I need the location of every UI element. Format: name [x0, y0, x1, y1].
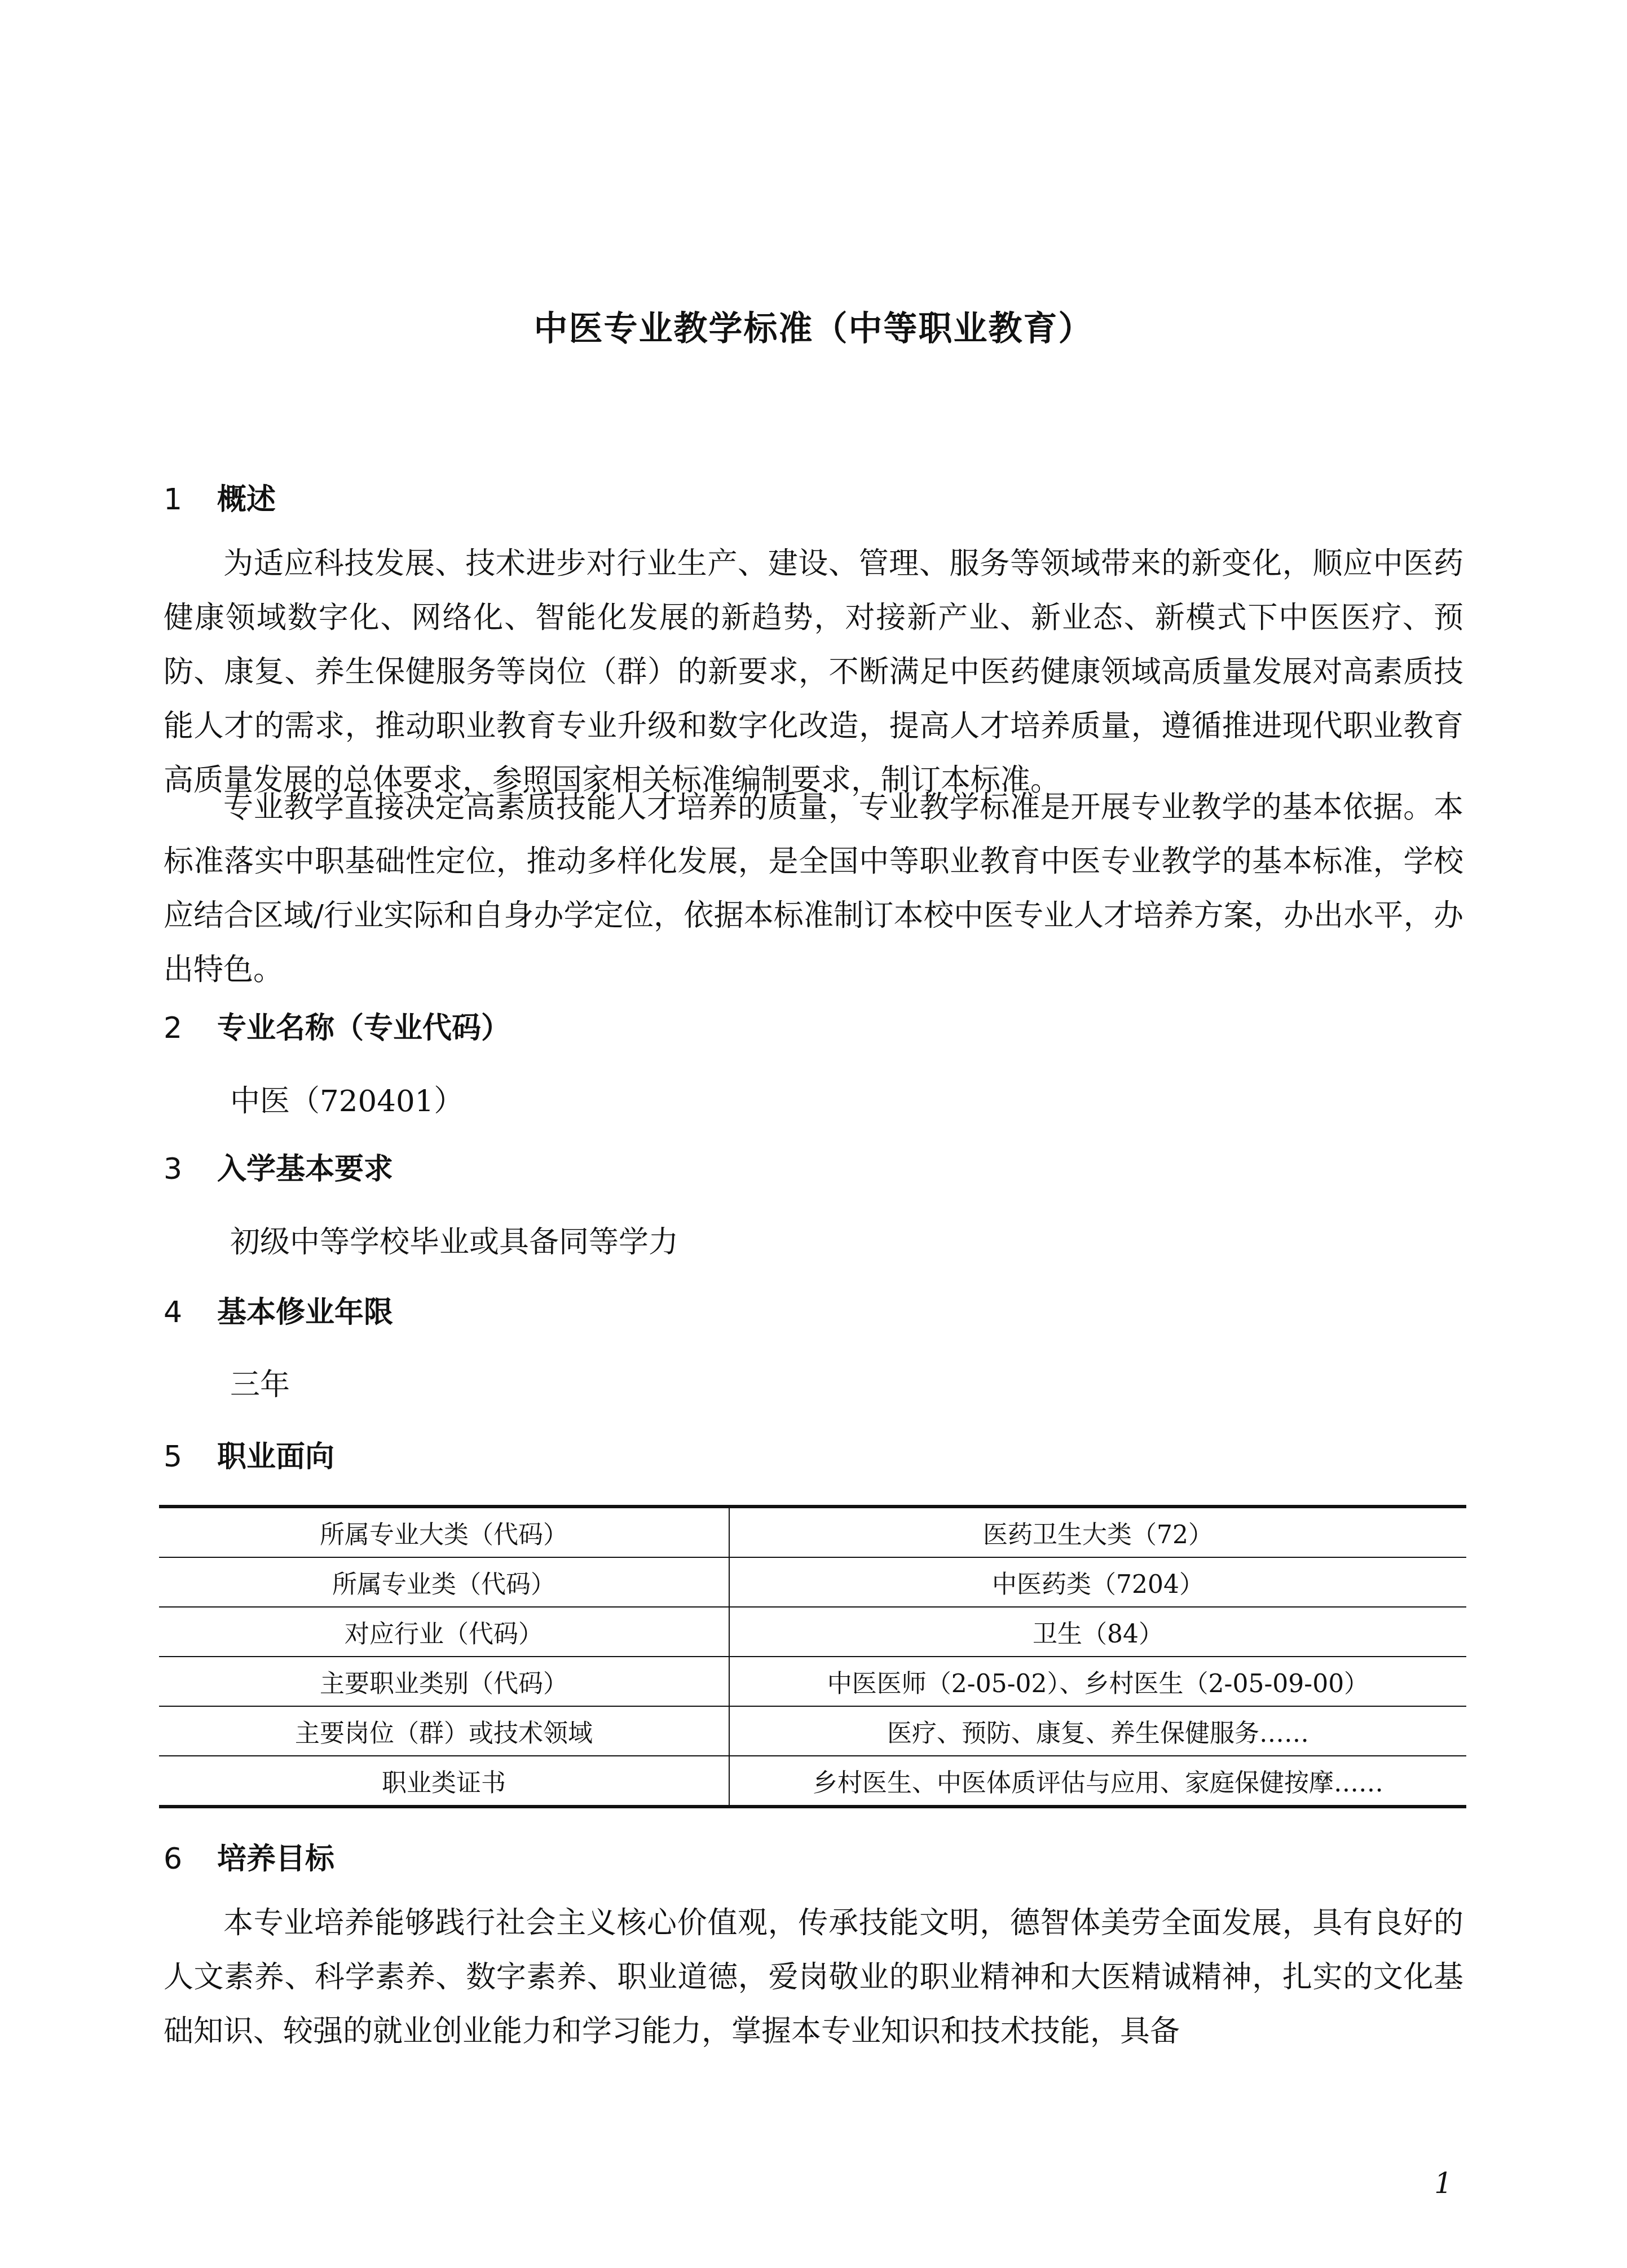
table-key-cell: 主要职业类别（代码）: [159, 1657, 729, 1706]
paragraph: 专业教学直接决定高素质技能人才培养的质量，专业教学标准是开展专业教学的基本依据。…: [164, 781, 1463, 997]
page-number: 1: [1434, 2167, 1452, 2200]
section-heading-2: 2专业名称（专业代码）: [164, 1004, 510, 1046]
section-number: 5: [164, 1440, 217, 1474]
table-value-cell: 中医医师（2-05-02）、乡村医生（2-05-09-00）: [729, 1657, 1466, 1706]
section-title: 培养目标: [217, 1842, 334, 1876]
section-title: 概述: [217, 483, 276, 517]
section-content: 三年: [230, 1361, 290, 1404]
table-row: 所属专业大类（代码） 医药卫生大类（72）: [159, 1507, 1466, 1557]
table-row: 职业类证书 乡村医生、中医体质评估与应用、家庭保健按摩……: [159, 1756, 1466, 1807]
table-row: 主要岗位（群）或技术领域 医疗、预防、康复、养生保健服务……: [159, 1706, 1466, 1756]
section-title: 职业面向: [217, 1440, 334, 1474]
section-heading-3: 3入学基本要求: [164, 1145, 393, 1187]
career-orientation-table: 所属专业大类（代码） 医药卫生大类（72） 所属专业类（代码） 中医药类（720…: [159, 1505, 1466, 1808]
paragraph: 本专业培养能够践行社会主义核心价值观，传承技能文明，德智体美劳全面发展，具有良好…: [164, 1896, 1463, 2059]
table-key-cell: 所属专业大类（代码）: [159, 1507, 729, 1557]
paragraph: 为适应科技发展、技术进步对行业生产、建设、管理、服务等领域带来的新变化，顺应中医…: [164, 537, 1463, 808]
section-content: 中医（720401）: [230, 1077, 464, 1120]
table-value-cell: 医疗、预防、康复、养生保健服务……: [729, 1706, 1466, 1756]
section-number: 2: [164, 1011, 217, 1045]
section-content: 初级中等学校毕业或具备同等学力: [230, 1218, 678, 1261]
section-heading-4: 4基本修业年限: [164, 1288, 393, 1331]
table-row: 所属专业类（代码） 中医药类（7204）: [159, 1557, 1466, 1607]
section-title: 入学基本要求: [217, 1152, 393, 1186]
table-row: 对应行业（代码） 卫生（84）: [159, 1607, 1466, 1657]
section-number: 6: [164, 1842, 217, 1876]
section-heading-5: 5职业面向: [164, 1433, 334, 1475]
section-heading-6: 6培养目标: [164, 1835, 334, 1877]
section-number: 4: [164, 1296, 217, 1329]
table-value-cell: 医药卫生大类（72）: [729, 1507, 1466, 1557]
table-value-cell: 中医药类（7204）: [729, 1557, 1466, 1607]
table-key-cell: 主要岗位（群）或技术领域: [159, 1706, 729, 1756]
table-row: 主要职业类别（代码） 中医医师（2-05-02）、乡村医生（2-05-09-00…: [159, 1657, 1466, 1706]
table-key-cell: 所属专业类（代码）: [159, 1557, 729, 1607]
document-title: 中医专业教学标准（中等职业教育）: [0, 302, 1627, 350]
section-title: 专业名称（专业代码）: [217, 1011, 510, 1045]
table-key-cell: 对应行业（代码）: [159, 1607, 729, 1657]
section-heading-1: 1概述: [164, 475, 276, 518]
table-value-cell: 乡村医生、中医体质评估与应用、家庭保健按摩……: [729, 1756, 1466, 1807]
table-value-cell: 卫生（84）: [729, 1607, 1466, 1657]
document-page: 中医专业教学标准（中等职业教育） 1概述 为适应科技发展、技术进步对行业生产、建…: [0, 0, 1627, 2268]
section-title: 基本修业年限: [217, 1296, 393, 1329]
section-number: 1: [164, 483, 217, 517]
table-key-cell: 职业类证书: [159, 1756, 729, 1807]
section-number: 3: [164, 1152, 217, 1186]
